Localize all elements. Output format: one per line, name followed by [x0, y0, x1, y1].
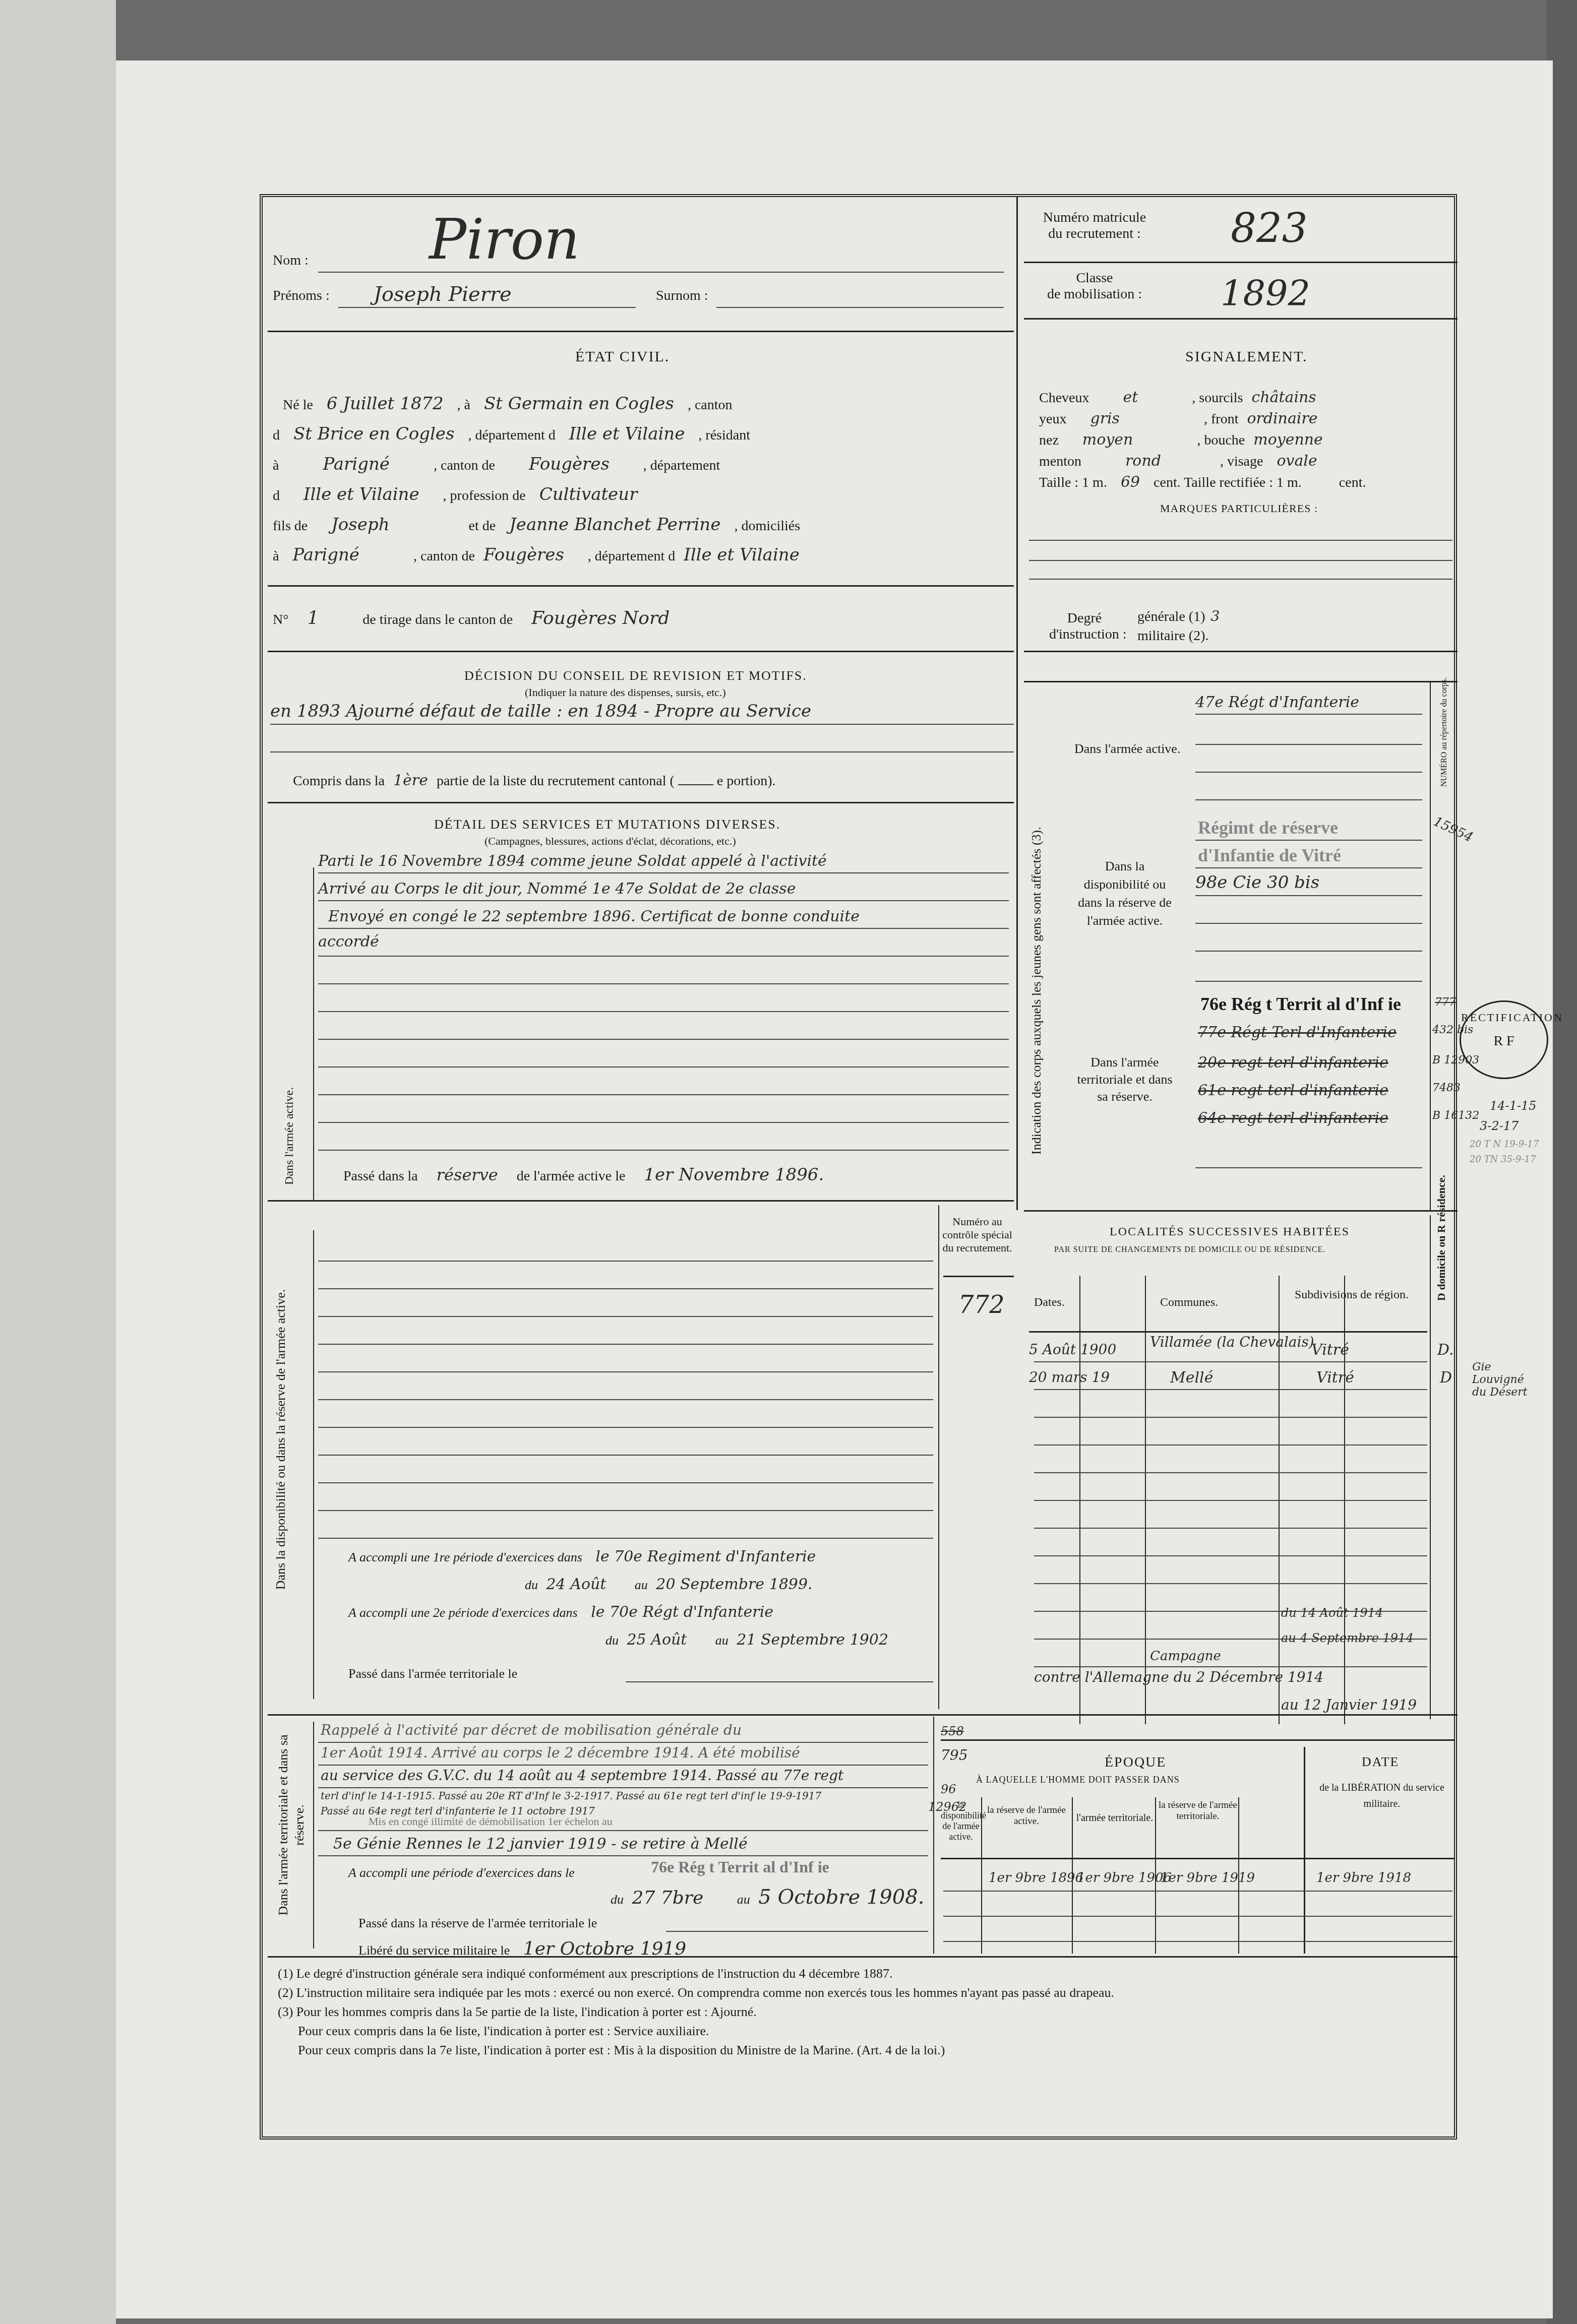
- etat-civil-title: ÉTAT CIVIL.: [575, 348, 670, 365]
- periode1-line: A accompli une 1re période d'exercices d…: [348, 1548, 816, 1565]
- campagne-1: Campagne: [1150, 1649, 1221, 1664]
- epoque-top-rule: [941, 1739, 1455, 1741]
- corps-line: [1195, 951, 1422, 952]
- generale-label: générale (1): [1137, 609, 1205, 624]
- birth-line: Né le 6 Juillet 1872 , à St Germain en C…: [283, 394, 733, 414]
- matricule-form: Nom : Piron Prénoms : Joseph Pierre Surn…: [260, 194, 1457, 2140]
- residence-line: à Parigné , canton de Fougères , départe…: [273, 454, 720, 474]
- periode2-au: 21 Septembre 1902: [737, 1631, 888, 1649]
- gvc-du: du 14 Août 1914: [1281, 1606, 1383, 1620]
- margin-note-4: 20 TN 35-9-17: [1470, 1154, 1536, 1165]
- epoque-value-reserve-active: 1er 9bre 1896: [989, 1870, 1083, 1886]
- territoriale-label: Dans l'armée territoriale et dans sa rés…: [1077, 1054, 1173, 1105]
- d-label: d: [273, 488, 280, 504]
- cheveux-line: Cheveux et , sourcils châtains: [1039, 389, 1321, 406]
- classe-label-1: Classe: [1037, 270, 1153, 286]
- militaire-label: militaire (2).: [1137, 628, 1209, 644]
- localite-commune-2: Mellé: [1170, 1369, 1213, 1387]
- divider: [1024, 681, 1458, 682]
- dispo-label: Dans la disponibilité ou dans la réserve…: [1072, 857, 1178, 930]
- parents-canton: Fougères: [483, 545, 564, 565]
- service-line-1: Parti le 16 Novembre 1894 comme jeune So…: [318, 852, 827, 870]
- localite-margin-note: Gie Louvigné du Désert: [1472, 1361, 1538, 1399]
- tirage-label: de tirage dans le canton de: [362, 612, 513, 627]
- localite-date-1: 5 Août 1900: [1029, 1341, 1116, 1358]
- periode2-line: A accompli une 2e période d'exercices da…: [348, 1603, 773, 1621]
- territoriale-number-1: 558: [941, 1724, 964, 1738]
- territoriale-periode-dates: du 27 7bre au 5 Octobre 1908.: [611, 1886, 924, 1909]
- dispo-line: [318, 1344, 933, 1345]
- corps-line: [1195, 799, 1422, 800]
- dom-a-label: à: [273, 548, 279, 564]
- service-line: [318, 872, 1009, 873]
- passe-reserve-territoriale-label: Passé dans la réserve de l'armée territo…: [358, 1916, 597, 1931]
- yeux-label: yeux: [1039, 411, 1066, 427]
- epoque-row-line: [943, 1891, 1452, 1892]
- date-liberation-sub: de la LIBÉRATION du service militaire.: [1309, 1780, 1455, 1812]
- marques-line: [1029, 540, 1452, 541]
- service-line: [318, 1122, 1009, 1123]
- front-value: ordinaire: [1247, 410, 1317, 427]
- territoriale-corps-1: 77e Régt Terl d'Infanterie: [1198, 1024, 1397, 1041]
- territoriale-stamp-number: 777: [1435, 996, 1456, 1009]
- periode1-label: A accompli une 1re période d'exercices d…: [348, 1550, 582, 1564]
- corps-line: [1195, 840, 1422, 841]
- campagne-2: contre l'Allemagne du 2 Décembre 1914: [1034, 1669, 1323, 1685]
- rectification-stamp: RECTIFICATION R F: [1460, 1000, 1548, 1079]
- a-label: , à: [457, 397, 470, 413]
- decision-line: [270, 751, 1014, 752]
- corps-line: [1195, 923, 1422, 924]
- service-line: [318, 1066, 1009, 1067]
- service-line-4: accordé: [318, 933, 379, 951]
- localite-type-1: D.: [1437, 1341, 1454, 1359]
- decision-line: [270, 724, 1014, 725]
- dispo-line: [318, 1316, 933, 1317]
- localites-col-subdivisions: Subdivisions de région.: [1291, 1288, 1412, 1302]
- tirage-no-label: N°: [273, 612, 288, 627]
- bouche-label: , bouche: [1197, 432, 1245, 448]
- localite-row-line: [1034, 1389, 1427, 1390]
- campagne-3: au 12 Janvier 1919: [1281, 1697, 1417, 1713]
- cent-label: cent. Taille rectifiée : 1 m.: [1154, 475, 1302, 490]
- residence-canton: Fougères: [529, 454, 610, 474]
- yeux-line: yeux gris , front ordinaire: [1039, 410, 1323, 427]
- menton-line: menton rond , visage ovale: [1039, 452, 1327, 470]
- territoriale-line: [318, 1855, 928, 1856]
- corps-line: [1195, 772, 1422, 773]
- cheveux-label: Cheveux: [1039, 390, 1089, 406]
- dispo-line: [318, 1510, 933, 1511]
- localite-row-line: [1034, 1555, 1427, 1556]
- epoque-row-line: [943, 1916, 1452, 1917]
- service-line: [318, 1039, 1009, 1040]
- territoriale-line: [318, 1830, 928, 1831]
- divider: [1024, 1210, 1458, 1212]
- classe-label-2: de mobilisation :: [1037, 286, 1153, 302]
- localite-subdivision-1: Vitré: [1311, 1341, 1349, 1359]
- corps-line: [1195, 714, 1422, 715]
- localites-col-type: D domicile ou R résidence.: [1435, 1175, 1448, 1301]
- margin-note-1: 14-1-15: [1490, 1099, 1537, 1113]
- territoriale-line: [318, 1742, 928, 1743]
- service-line: [318, 1011, 1009, 1012]
- territoriale-divider: [933, 1717, 934, 1954]
- epoque-header-rule: [941, 1858, 1455, 1859]
- epoque-col-reserve-territoriale: la réserve de l'armée territoriale.: [1158, 1800, 1238, 1822]
- parents-commune: Parigné: [292, 545, 359, 565]
- au-label: au: [635, 1578, 648, 1592]
- passe-territoriale-label: Passé dans l'armée territoriale le: [348, 1666, 517, 1681]
- numero-controle-label: Numéro au contrôle spécial du recrutemen…: [941, 1215, 1014, 1254]
- margin-note-3: 20 T N 19-9-17: [1470, 1139, 1539, 1150]
- passe-reserve-mid: de l'armée active le: [517, 1168, 626, 1184]
- partie-value: 1ère: [393, 772, 428, 789]
- epoque-col-divider: [981, 1797, 982, 1954]
- localite-row-line: [1034, 1417, 1427, 1418]
- dispo-line: [318, 1455, 933, 1456]
- du-label: du: [525, 1578, 538, 1592]
- mother-name: Jeanne Blanchet Perrine: [509, 515, 720, 535]
- au-label: au: [715, 1633, 729, 1648]
- territoriale-line: [318, 1787, 928, 1788]
- parents-departement: Ille et Vilaine: [684, 545, 800, 565]
- epoque-divider: [1304, 1747, 1305, 1954]
- footnote-5: Pour ceux compris dans la 7e liste, l'in…: [298, 2043, 945, 2058]
- bracket: [313, 1722, 314, 1949]
- signalement-title: SIGNALEMENT.: [1185, 348, 1308, 365]
- departement-label: , département d: [468, 427, 555, 443]
- localite-row-line: [1034, 1528, 1427, 1529]
- column-divider: [1016, 197, 1018, 1210]
- du-label: du: [611, 1892, 624, 1907]
- territoriale-periode-du: 27 7bre: [632, 1888, 704, 1908]
- territoriale-numero-3: 7483: [1432, 1082, 1461, 1094]
- divider: [1024, 318, 1458, 320]
- corps-affectes-side-label: Indication des corps auxquels les jeunes…: [1029, 827, 1044, 1155]
- territoriale-periode-au: 5 Octobre 1908.: [758, 1886, 924, 1909]
- epoque-col-reserve-active: la réserve de l'armée active.: [984, 1805, 1069, 1827]
- marques-line: [1029, 579, 1452, 580]
- localite-row-line: [1034, 1583, 1427, 1584]
- dispo-line: [318, 1261, 933, 1262]
- page-binding: [0, 0, 116, 2324]
- territoriale-number-3: 96: [941, 1782, 956, 1796]
- margin-note-2: 3-2-17: [1480, 1119, 1519, 1133]
- tirage-canton: Fougères Nord: [531, 608, 670, 629]
- service-line: [318, 1150, 1009, 1151]
- divider: [268, 651, 1014, 652]
- passe-reserve-line: Passé dans la réserve de l'armée active …: [343, 1165, 839, 1185]
- dispo-line: [318, 1538, 933, 1539]
- prenoms-line: [338, 307, 636, 308]
- birth-date: 6 Juillet 1872: [327, 394, 444, 414]
- decision-text: en 1893 Ajourné défaut de taille : en 18…: [270, 701, 811, 721]
- nez-value: moyen: [1082, 431, 1133, 449]
- epoque-subtitle: À LAQUELLE L'HOMME DOIT PASSER DANS: [976, 1775, 1180, 1785]
- prenoms-value: Joseph Pierre: [374, 283, 512, 306]
- divider: [268, 1200, 1014, 1202]
- service-line-3: Envoyé en congé le 22 septembre 1896. Ce…: [328, 908, 860, 925]
- epoque-col-territoriale: l'armée territoriale.: [1074, 1812, 1155, 1824]
- territoriale-line-1: Rappelé à l'activité par décret de mobil…: [321, 1722, 742, 1738]
- dispo-stamp-1: Régimt de réserve: [1198, 817, 1338, 838]
- localite-row-line: [1034, 1472, 1427, 1473]
- residant-departement-label: , département: [643, 458, 720, 473]
- au-label: au: [737, 1892, 750, 1907]
- corps-line: [1195, 981, 1422, 982]
- periode1-au: 20 Septembre 1899.: [656, 1576, 812, 1593]
- libere-label: Libéré du service militaire le: [358, 1943, 510, 1958]
- footnote-1: (1) Le degré d'instruction générale sera…: [278, 1966, 892, 1981]
- active-corps: 47e Régt d'Infanterie: [1195, 694, 1359, 711]
- du-label: du: [605, 1633, 619, 1648]
- periode1-dates: du 24 Août au 20 Septembre 1899.: [525, 1576, 813, 1593]
- divider: [268, 1714, 1458, 1716]
- residant-a-label: à: [273, 458, 279, 473]
- territoriale-corps-2: 20e regt terl d'infanterie: [1198, 1054, 1388, 1072]
- dispo-line: [318, 1482, 933, 1483]
- localites-header-rule: [1029, 1331, 1427, 1333]
- service-line-2: Arrivé au Corps le dit jour, Nommé 1e 47…: [318, 880, 796, 898]
- canton-label: , canton: [688, 397, 733, 413]
- fils-de-label: fils de: [273, 518, 308, 534]
- service-line: [318, 928, 1009, 929]
- divider: [1024, 262, 1458, 263]
- detail-title: DÉTAIL DES SERVICES ET MUTATIONS DIVERSE…: [434, 817, 780, 832]
- periode2-label: A accompli une 2e période d'exercices da…: [348, 1605, 578, 1620]
- cheveux-value: et: [1123, 389, 1138, 406]
- passe-reserve-value: réserve: [437, 1165, 498, 1184]
- dom-canton-label: , canton de: [413, 548, 475, 564]
- localites-divider: [1430, 1215, 1431, 1719]
- degre-label: Degré d'instruction :: [1049, 610, 1120, 643]
- profession-line: d Ille et Vilaine , profession de Cultiv…: [273, 484, 647, 505]
- nom-label: Nom :: [273, 253, 309, 269]
- divider: [268, 1956, 1458, 1958]
- date-liberation-value: 1er 9bre 1918: [1316, 1870, 1411, 1886]
- passe-reserve-territoriale-line: [666, 1931, 928, 1932]
- disponibilite-side-label: Dans la disponibilité ou dans la réserve…: [273, 1276, 289, 1603]
- stamp-center: R F: [1461, 1033, 1547, 1049]
- classe-value: 1892: [1221, 273, 1310, 314]
- localite-subdivision-2: Vitré: [1316, 1369, 1354, 1387]
- matricule-label-2: du recrutement :: [1037, 226, 1153, 242]
- sourcils-value: châtains: [1251, 389, 1316, 406]
- compris-label: Compris dans la: [293, 773, 385, 789]
- father-name: Joseph: [331, 515, 389, 535]
- tirage-line: N° 1 de tirage dans le canton de Fougère…: [273, 608, 685, 629]
- ne-le-label: Né le: [283, 397, 313, 413]
- et-de-label: et de: [469, 518, 496, 534]
- side-label-armee-active: Dans l'armée active.: [283, 1087, 296, 1185]
- parents-domicile-line: à Parigné , canton de Fougères , départe…: [273, 545, 805, 565]
- menton-label: menton: [1039, 454, 1081, 469]
- yeux-value: gris: [1090, 410, 1120, 427]
- territoriale-line-3: au service des G.V.C. du 14 août au 4 se…: [321, 1767, 843, 1784]
- corps-line: [1195, 867, 1422, 868]
- classe-label: Classe de mobilisation :: [1037, 270, 1153, 302]
- birth-place: St Germain en Cogles: [484, 394, 674, 414]
- menton-value: rond: [1125, 452, 1161, 470]
- divider: [268, 585, 1014, 587]
- decision-subtitle: (Indiquer la nature des dispenses, sursi…: [525, 686, 726, 699]
- territoriale-line-7: 5e Génie Rennes le 12 janvier 1919 - se …: [333, 1835, 748, 1853]
- tirage-number: 1: [307, 608, 319, 629]
- periode2-dates: du 25 Août au 21 Septembre 1902: [605, 1631, 888, 1649]
- territoriale-corps-3: 61e regt terl d'infanterie: [1198, 1082, 1388, 1099]
- detail-subtitle: (Campagnes, blessures, actions d'éclat, …: [484, 835, 736, 848]
- divider: [1024, 651, 1458, 652]
- nez-label: nez: [1039, 432, 1059, 448]
- numero-controle-value: 772: [958, 1291, 1005, 1319]
- degre-label-1: Degré: [1049, 610, 1120, 626]
- territoriale-line-6: Mis en congé illimité de démobilisation …: [369, 1815, 613, 1828]
- decision-title: DÉCISION DU CONSEIL DE REVISION ET MOTIF…: [464, 668, 807, 683]
- localites-col-communes: Communes.: [1160, 1296, 1218, 1309]
- nez-line: nez moyen , bouche moyenne: [1039, 431, 1328, 449]
- dispo-line: [318, 1427, 933, 1428]
- compris-line: Compris dans la 1ère partie de la liste …: [293, 772, 775, 789]
- localite-type-2: D: [1440, 1369, 1452, 1387]
- passe-reserve-label: Passé dans la: [343, 1168, 418, 1184]
- divider: [268, 331, 1014, 332]
- generale-value: 3: [1210, 608, 1220, 624]
- territoriale-corps-4: 64e regt terl d'infanterie: [1198, 1109, 1388, 1127]
- territoriale-line-2: 1er Août 1914. Arrivé au corps le 2 déce…: [321, 1744, 800, 1761]
- nom-line: [318, 272, 1004, 273]
- surnom-label: Surnom :: [656, 288, 708, 304]
- cent2-label: cent.: [1339, 475, 1366, 490]
- gvc-au: au 4 Septembre 1914: [1281, 1631, 1414, 1645]
- footnote-4: Pour ceux compris dans la 6e liste, l'in…: [298, 2024, 709, 2039]
- territoriale-numero-4: B 16132: [1432, 1109, 1479, 1122]
- prenoms-label: Prénoms :: [273, 288, 330, 304]
- periode1-corps: le 70e Regiment d'Infanterie: [595, 1548, 816, 1565]
- dispo-line: [318, 1288, 933, 1289]
- territoriale-stamp: 76e Rég t Territ al d'Inf ie: [1200, 993, 1401, 1015]
- residence-commune: Parigné: [323, 454, 390, 474]
- canton-line: d St Brice en Cogles , département d Ill…: [273, 424, 750, 444]
- corps-line: [1195, 1167, 1422, 1168]
- compris-rest: partie de la liste du recrutement canton…: [437, 773, 675, 789]
- divider: [268, 802, 1014, 803]
- epoque-value-territoriale: 1er 9bre 1906: [1077, 1870, 1172, 1886]
- surnom-line: [716, 307, 1004, 308]
- birth-canton: St Brice en Cogles: [293, 424, 454, 444]
- localite-commune-1: Villamée (la Chevalais): [1150, 1334, 1314, 1350]
- epoque-row-line: [943, 1941, 1452, 1942]
- dispo-stamp-2: d'Infantie de Vitré: [1198, 845, 1341, 866]
- epoque-value-reserve-territoriale: 1er 9bre 1919: [1160, 1870, 1255, 1886]
- parents-line: fils de Joseph et de Jeanne Blanchet Per…: [273, 515, 800, 535]
- matricule-label-1: Numéro matricule: [1037, 210, 1153, 226]
- service-line: [318, 1094, 1009, 1095]
- profession-value: Cultivateur: [539, 484, 638, 505]
- localite-row-line: [1034, 1666, 1427, 1667]
- bracket: [313, 1230, 314, 1699]
- periode2-du: 25 Août: [627, 1631, 687, 1649]
- footnote-3: (3) Pour les hommes compris dans la 5e p…: [278, 2004, 757, 2020]
- marques-label: MARQUES PARTICULIÈRES :: [1160, 502, 1318, 515]
- localite-row-line: [1034, 1500, 1427, 1501]
- bouche-value: moyenne: [1253, 431, 1323, 449]
- nom-value: Piron: [429, 207, 580, 272]
- numero-repertoire-label: NUMÉRO au répertoire du corps.: [1440, 677, 1449, 787]
- periode1-du: 24 Août: [547, 1576, 606, 1593]
- localites-subtitle: PAR SUITE DE CHANGEMENTS DE DOMICILE OU …: [1054, 1245, 1325, 1254]
- taille-value: 69: [1121, 473, 1140, 491]
- territoriale-line: [318, 1765, 928, 1766]
- front-label: , front: [1204, 411, 1238, 427]
- profession-label: , profession de: [443, 488, 526, 504]
- passe-territoriale-line: [626, 1681, 933, 1682]
- localites-title: LOCALITÉS SUCCESSIVES HABITÉES: [1110, 1225, 1350, 1239]
- numero-controle-rule: [943, 1276, 1014, 1277]
- periode2-corps: le 70e Régt d'Infanterie: [591, 1603, 773, 1621]
- territoriale-number-2: 795: [941, 1747, 967, 1764]
- matricule-value: 823: [1231, 205, 1308, 252]
- corps-line: [1195, 744, 1422, 745]
- epoque-title: ÉPOQUE: [1105, 1754, 1166, 1771]
- corps-line: [1195, 895, 1422, 896]
- territoriale-periode-stamp: 76e Rég t Territ al d'Inf ie: [651, 1858, 829, 1876]
- epoque-col-disponibilite: la disponibilité de l'armée active.: [941, 1800, 981, 1842]
- footnote-2: (2) L'instruction militaire sera indiqué…: [278, 1985, 1114, 2000]
- instruction-generale-line: générale (1) 3: [1137, 608, 1220, 625]
- dispo-corps: 98e Cie 30 bis: [1195, 872, 1319, 893]
- marques-line: [1029, 560, 1452, 561]
- portion-label: e portion).: [717, 773, 776, 789]
- localites-col-dates: Dates.: [1034, 1296, 1065, 1309]
- residant-canton-label: , canton de: [434, 458, 495, 473]
- d-label: d: [273, 427, 280, 443]
- degre-label-2: d'instruction :: [1049, 626, 1120, 643]
- dispo-line: [318, 1399, 933, 1400]
- residant-label: , résidant: [698, 427, 750, 443]
- birth-departement: Ille et Vilaine: [569, 424, 685, 444]
- date-liberation-title: DATE: [1362, 1754, 1399, 1770]
- taille-line: Taille : 1 m. 69 cent. Taille rectifiée …: [1039, 473, 1366, 491]
- passe-reserve-date: 1er Novembre 1896.: [644, 1165, 824, 1185]
- bracket: [313, 867, 314, 1200]
- localite-date-2: 20 mars 19: [1029, 1369, 1110, 1386]
- dom-departement-label: , département d: [588, 548, 675, 564]
- territoriale-side-label: Dans l'armée territoriale et dans sa rés…: [275, 1724, 308, 1926]
- taille-label: Taille : 1 m.: [1039, 475, 1107, 490]
- stamp-text: RECTIFICATION: [1461, 1011, 1547, 1024]
- sourcils-label: , sourcils: [1192, 390, 1243, 406]
- matricule-label: Numéro matricule du recrutement :: [1037, 210, 1153, 242]
- service-line: [318, 956, 1009, 957]
- portion-blank: [678, 784, 713, 785]
- numero-column-divider: [1430, 681, 1431, 1210]
- residence-departement: Ille et Vilaine: [304, 484, 419, 505]
- service-line: [318, 983, 1009, 984]
- territoriale-line-4: terl d'inf le 14-1-1915. Passé au 20e RT…: [321, 1790, 821, 1802]
- localite-row-line: [1034, 1361, 1427, 1362]
- localite-row-line: [1034, 1444, 1427, 1446]
- visage-value: ovale: [1277, 452, 1317, 470]
- active-label: Dans l'armée active.: [1074, 741, 1175, 757]
- dispo-line: [318, 1371, 933, 1372]
- visage-label: , visage: [1220, 454, 1263, 469]
- service-line: [318, 900, 1009, 901]
- domicilies-label: , domiciliés: [734, 518, 800, 534]
- territoriale-periode-label: A accompli une période d'exercices dans …: [348, 1865, 575, 1880]
- numero-controle-divider: [938, 1205, 939, 1709]
